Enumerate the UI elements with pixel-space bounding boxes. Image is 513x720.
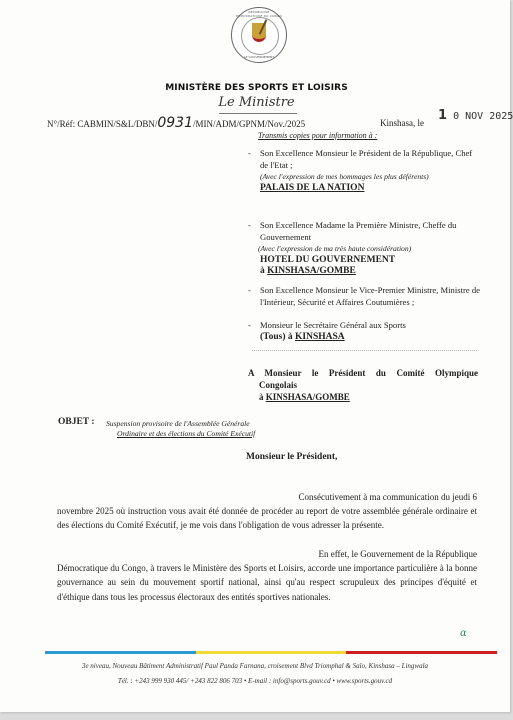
- minister-title: Le Ministre: [0, 95, 513, 110]
- subject-label: OBJET :: [58, 417, 95, 427]
- government-seal-icon: RÉPUBLIQUE DÉMOCRATIQUE DU CONGO LE GOUV…: [231, 7, 287, 63]
- reference-number: N°/Réf: CABMIN/S&L/DBN/0931/MIN/ADM/GPNM…: [47, 115, 305, 131]
- flag-stripe-blue: [45, 651, 196, 654]
- addressee-line2: Congolais: [248, 379, 478, 391]
- bullet-dash: -: [248, 320, 251, 332]
- date-stamp: 1 0 NOV 2025: [438, 108, 513, 123]
- addressee-line3: à KINSHASA/GOMBE: [248, 391, 478, 403]
- salutation: Monsieur le Président,: [246, 452, 337, 462]
- ministry-name: MINISTÈRE DES SPORTS ET LOISIRS: [0, 83, 513, 93]
- paragraph-first-line: Consécutivement à ma communication du je…: [57, 490, 477, 504]
- paragraph-first-line: En effet, le Gouvernement de la Républiq…: [57, 547, 477, 561]
- prefix: (Tous) à: [260, 332, 295, 342]
- footer-contact: Tél. : +243 999 930 445/ +243 822 806 70…: [0, 677, 510, 685]
- date-rest: 0 NOV 2025: [453, 111, 513, 122]
- city: KINSHASA: [295, 332, 345, 342]
- subject-text: Suspension provisoire de l'Assemblée Gén…: [106, 419, 255, 439]
- copy-item: - Monsieur le Secrétaire Général aux Spo…: [248, 320, 480, 343]
- copy-item: - Son Excellence Monsieur le Président d…: [248, 148, 480, 194]
- flag-stripe-red: [346, 651, 497, 654]
- copy-location: (Tous) à KINSHASA: [260, 332, 480, 344]
- copy-recipient: Monsieur le Secrétaire Général aux Sport…: [260, 320, 480, 332]
- initials-mark: α: [460, 628, 467, 639]
- body-paragraph-1: Consécutivement à ma communication du je…: [57, 490, 477, 533]
- letter-page: RÉPUBLIQUE DÉMOCRATIQUE DU CONGO LE GOUV…: [0, 0, 510, 712]
- copy-item: - Son Excellence Monsieur le Vice-Premie…: [248, 285, 480, 308]
- flag-stripe-yellow: [196, 651, 346, 654]
- ref-prefix: N°/Réf: CABMIN/S&L/DBN/: [47, 119, 157, 129]
- copy-location: HOTEL DU GOUVERNEMENT: [260, 255, 480, 267]
- addressee-block: A Monsieur le Président du Comité Olympi…: [248, 367, 478, 403]
- ref-suffix: /MIN/ADM/GPNM/Nov./2025: [193, 119, 305, 129]
- place-label: Kinshasa, le: [380, 118, 424, 128]
- bullet-dash: -: [248, 285, 251, 297]
- copy-item: - Son Excellence Madame la Première Mini…: [248, 220, 480, 278]
- ref-handwritten-number: 0931: [157, 115, 193, 131]
- date-day: 1: [438, 108, 447, 123]
- body-paragraph-2: En effet, le Gouvernement de la Républiq…: [57, 547, 477, 604]
- copy-note: (Avec l'expression de mes hommages les p…: [260, 171, 480, 183]
- divider: [252, 350, 477, 351]
- copy-note: (Avec l'expression de ma très haute cons…: [258, 243, 480, 255]
- title-underline: [219, 113, 297, 114]
- bullet-dash: -: [248, 148, 251, 160]
- city: KINSHASA/GOMBE: [266, 392, 350, 402]
- addressee-line1: A Monsieur le Président du Comité Olympi…: [248, 367, 478, 379]
- copy-recipient: Son Excellence Monsieur le Vice-Premier …: [260, 285, 480, 308]
- copy-recipient: Son Excellence Madame la Première Minist…: [260, 220, 480, 243]
- paragraph-text: Démocratique du Congo, à travers le Mini…: [57, 561, 477, 604]
- city: KINSHASA/GOMBE: [267, 266, 356, 276]
- copies-heading: Transmis copies pour information à :: [258, 131, 377, 140]
- prefix: à: [259, 392, 266, 402]
- subject-line2: Ordinaire et des élections du Comité Exé…: [106, 429, 255, 439]
- paragraph-text: novembre 2025 où instruction vous avait …: [57, 504, 477, 532]
- copy-location-city: à KINSHASA/GOMBE: [260, 266, 480, 278]
- seal-bottom-text: LE GOUVERNEMENT: [235, 55, 283, 59]
- footer-address: 3e niveau, Nouveau Bâtiment Administrati…: [0, 662, 510, 670]
- subject-line1: Suspension provisoire de l'Assemblée Gén…: [106, 419, 255, 429]
- copy-recipient: Son Excellence Monsieur le Président de …: [260, 148, 480, 171]
- copy-location: PALAIS DE LA NATION: [260, 183, 480, 195]
- bullet-dash: -: [248, 220, 251, 232]
